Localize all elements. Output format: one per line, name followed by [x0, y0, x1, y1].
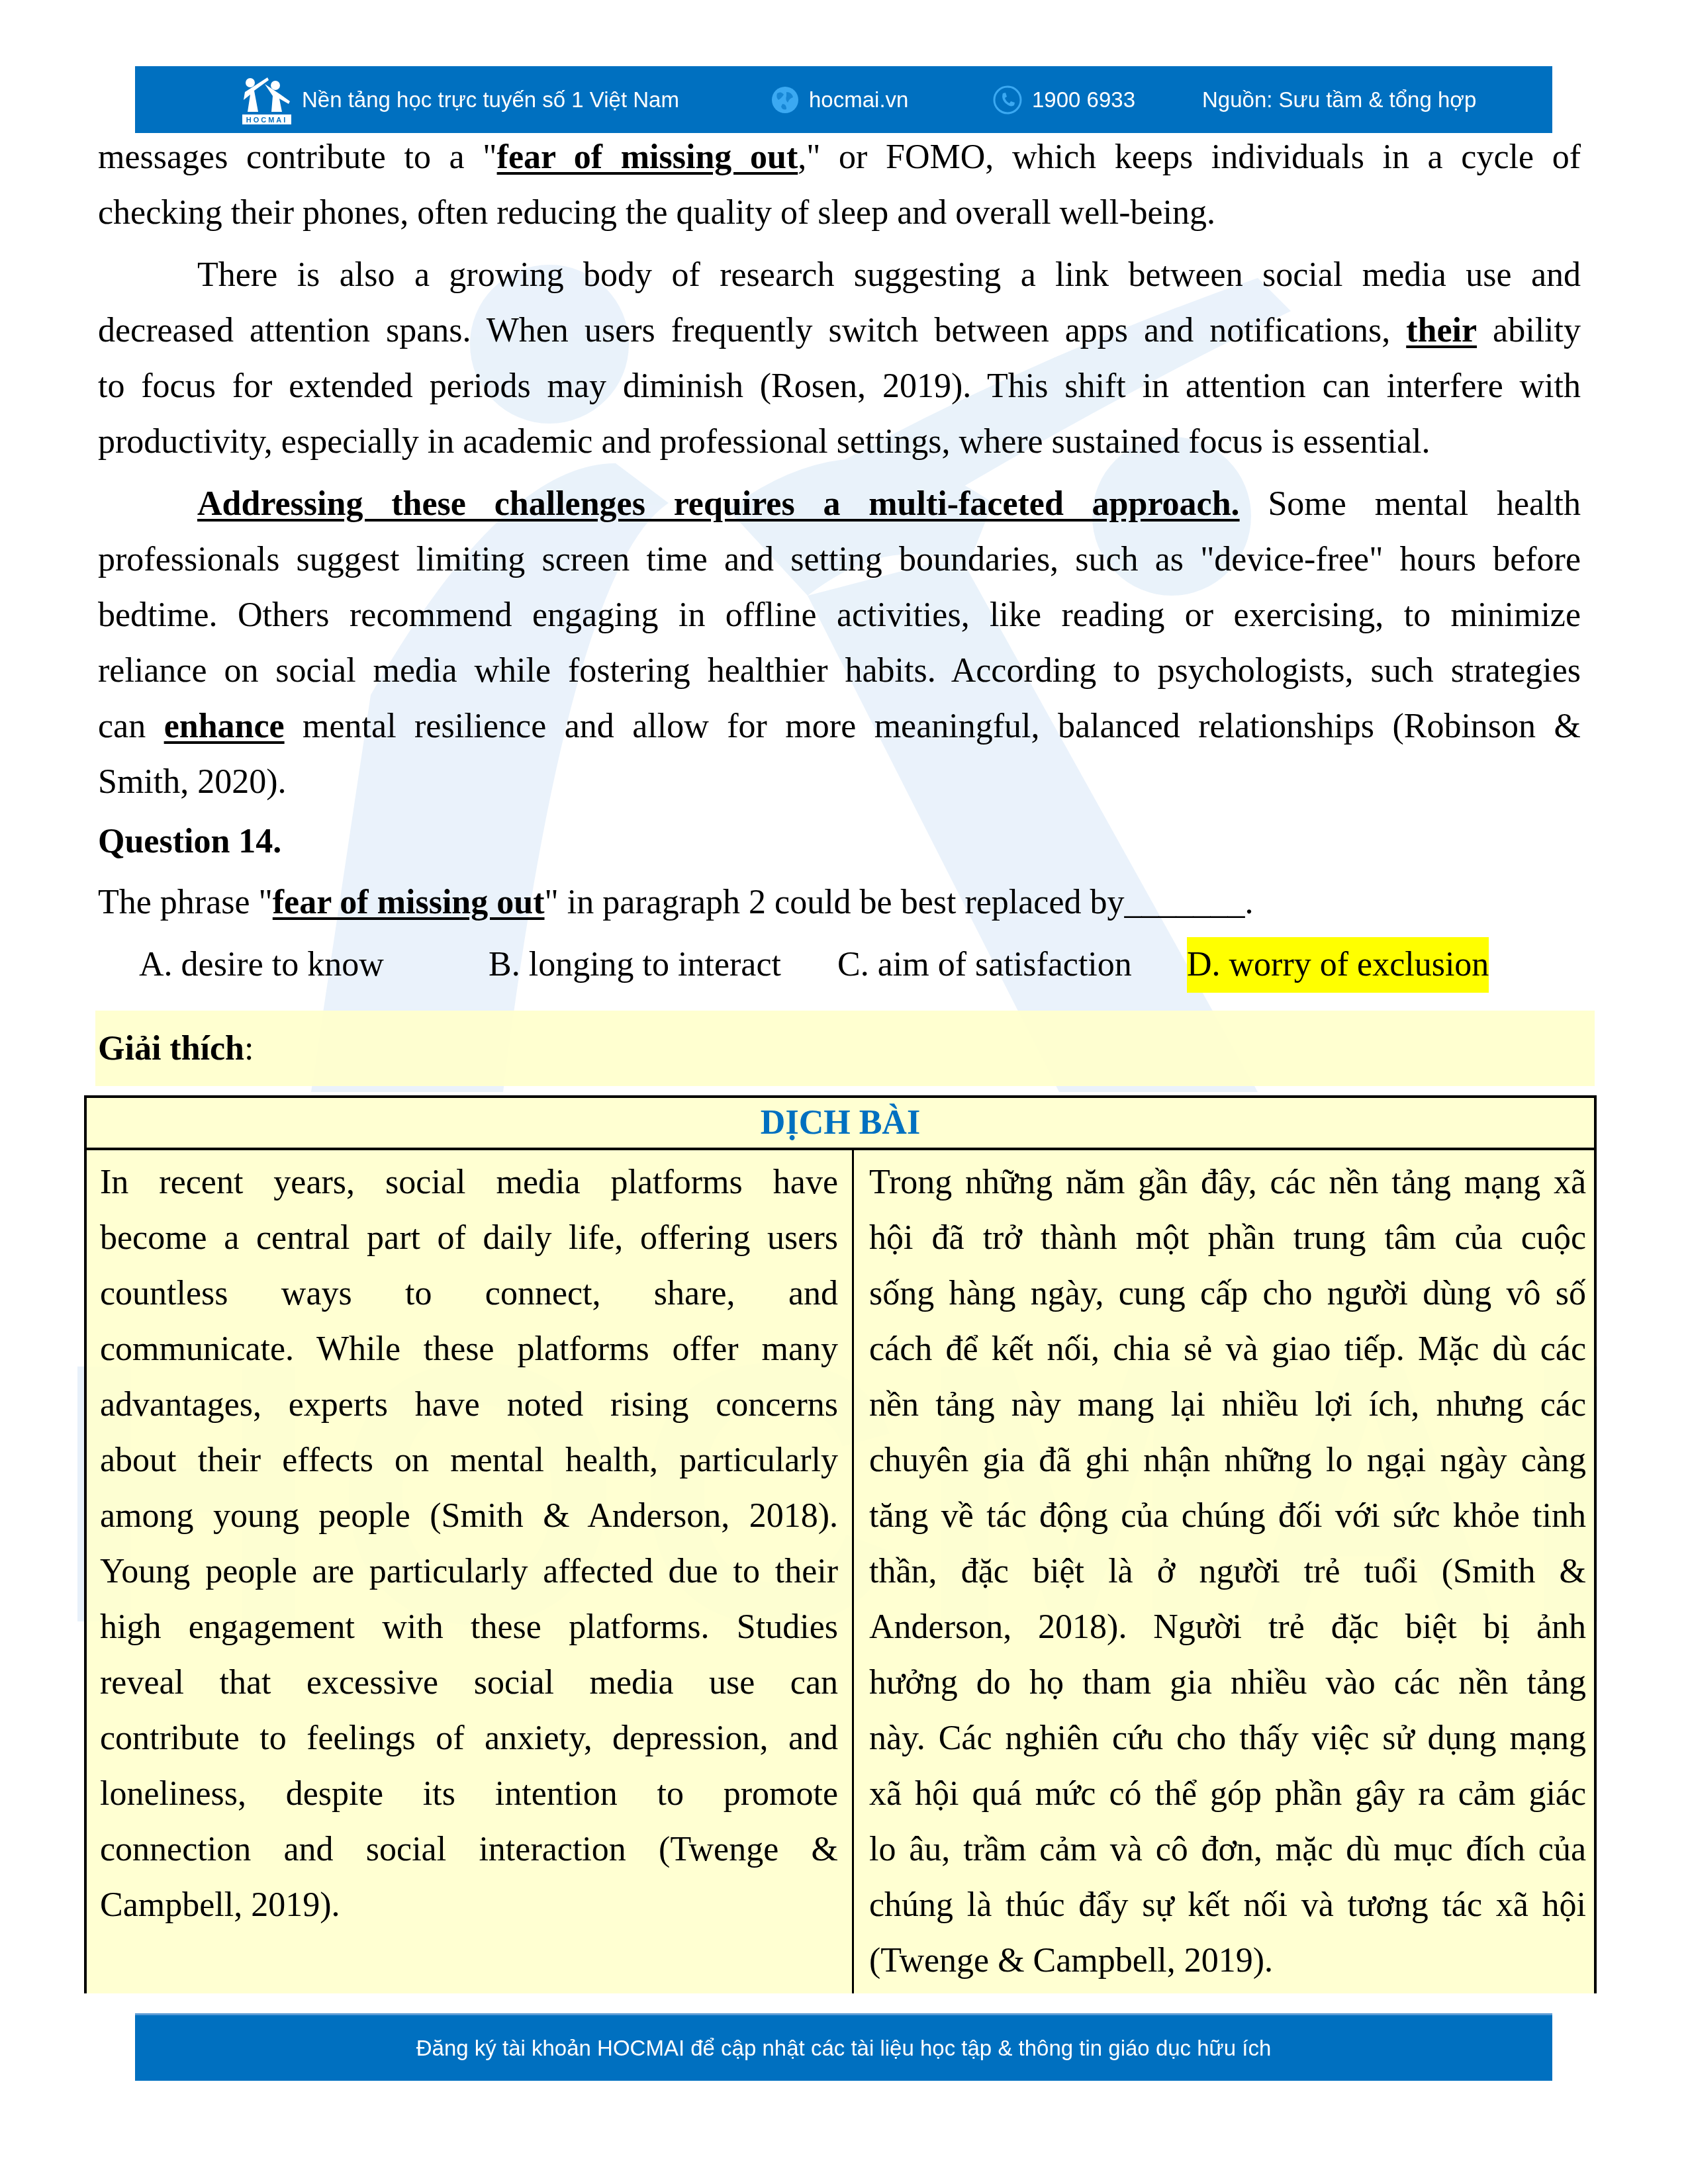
table-line: among young people (Smith & Anderson, 20… — [100, 1488, 838, 1544]
passage-line: Addressing these challenges requires a m… — [98, 477, 1581, 532]
table-line: hưởng do họ tham gia nhiều vào các nền t… — [869, 1655, 1586, 1711]
answer-options: A. desire to know B. longing to interact… — [98, 937, 1581, 993]
option-c[interactable]: C. aim of satisfaction — [837, 937, 1132, 993]
svg-text:HOCMAI: HOCMAI — [246, 116, 288, 124]
table-line: lo âu, trầm cảm và cô đơn, mặc dù mục đí… — [869, 1822, 1586, 1878]
table-line: chuyên gia đã ghi nhận những lo ngại ngà… — [869, 1433, 1586, 1488]
header-banner: HOCMAI Nền tảng học trực tuyến số 1 Việt… — [135, 66, 1552, 133]
header-phone[interactable]: 1900 6933 — [992, 66, 1135, 133]
table-line: high engagement with these platforms. St… — [100, 1600, 838, 1655]
passage-line: bedtime. Others recommend engaging in of… — [98, 588, 1581, 643]
table-line: In recent years, social media platforms … — [100, 1155, 838, 1210]
table-line: hội đã trở thành một phần trung tâm của … — [869, 1210, 1586, 1266]
passage-line: productivity, especially in academic and… — [98, 414, 1581, 470]
footer-text[interactable]: Đăng ký tài khoản HOCMAI để cập nhật các… — [135, 2015, 1552, 2081]
table-line: become a central part of daily life, off… — [100, 1210, 838, 1266]
passage-line: Smith, 2020). — [98, 754, 1581, 810]
table-line: contribute to feelings of anxiety, depre… — [100, 1711, 838, 1766]
table-line: nền tảng này mang lại nhiều lợi ích, như… — [869, 1377, 1586, 1433]
option-b[interactable]: B. longing to interact — [489, 937, 781, 993]
table-line: connection and social interaction (Tweng… — [100, 1822, 838, 1878]
table-line: sống hàng ngày, cung cấp cho người dùng … — [869, 1266, 1586, 1322]
header-source: Nguồn: Sưu tầm & tổng hợp — [1202, 66, 1476, 133]
footer-banner: Đăng ký tài khoản HOCMAI để cập nhật các… — [135, 2013, 1552, 2081]
explanation-band — [95, 1011, 1595, 1086]
table-line: cách để kết nối, chia sẻ và giao tiếp. M… — [869, 1322, 1586, 1377]
explanation-label: Giải thích: — [98, 1021, 254, 1077]
hocmai-logo-icon: HOCMAI — [241, 75, 293, 125]
table-line: about their effects on mental health, pa… — [100, 1433, 838, 1488]
website-link[interactable]: hocmai.vn — [809, 87, 908, 113]
underlined-phrase-fomo: fear of missing out — [497, 138, 798, 176]
passage-line: messages contribute to a "fear of missin… — [98, 130, 1581, 185]
column-divider — [852, 1148, 854, 1993]
table-line: Anderson, 2018). Người trẻ đặc biệt bị ả… — [869, 1600, 1586, 1655]
passage-line: checking their phones, often reducing th… — [98, 185, 1581, 241]
passage-line: professionals suggest limiting screen ti… — [98, 532, 1581, 588]
underlined-sentence-addressing: Addressing these challenges requires a m… — [197, 485, 1240, 523]
passage-line: can enhance mental resilience and allow … — [98, 699, 1581, 754]
table-line: thần, đặc biệt là ở người trẻ tuổi (Smit… — [869, 1544, 1586, 1600]
table-line: chúng là thúc đẩy sự kết nối và tương tá… — [869, 1878, 1586, 1933]
globe-icon — [771, 85, 800, 114]
passage-line: decreased attention spans. When users fr… — [98, 303, 1581, 359]
phone-number[interactable]: 1900 6933 — [1032, 87, 1135, 113]
table-line: Trong những năm gần đây, các nền tảng mạ… — [869, 1155, 1586, 1210]
table-line: reveal that excessive social media use c… — [100, 1655, 838, 1711]
header-tagline: HOCMAI Nền tảng học trực tuyến số 1 Việt… — [241, 66, 679, 133]
translation-table: DỊCH BÀI In recent years, social media p… — [84, 1095, 1597, 1993]
underlined-word-enhance: enhance — [164, 707, 285, 745]
passage-line: reliance on social media while fostering… — [98, 643, 1581, 699]
underlined-word-their: their — [1406, 312, 1477, 349]
question-title: Question 14. — [98, 814, 1581, 870]
table-line: Campbell, 2019). — [100, 1878, 838, 1933]
table-line: này. Các nghiên cứu cho thấy việc sử dụn… — [869, 1711, 1586, 1766]
table-line: (Twenge & Campbell, 2019). — [869, 1933, 1586, 1989]
phone-icon — [992, 85, 1023, 115]
question-phrase: fear of missing out — [273, 884, 545, 921]
option-d-correct[interactable]: D. worry of exclusion — [1187, 937, 1489, 993]
table-line: advantages, experts have noted rising co… — [100, 1377, 838, 1433]
table-line: tăng về tác động của chúng đối với sức k… — [869, 1488, 1586, 1544]
passage-line: There is also a growing body of research… — [98, 248, 1581, 303]
header-website[interactable]: hocmai.vn — [771, 66, 908, 133]
question-stem: The phrase "fear of missing out" in para… — [98, 875, 1581, 931]
table-line: countless ways to connect, share, and — [100, 1266, 838, 1322]
passage-line: to focus for extended periods may dimini… — [98, 359, 1581, 414]
table-line: Young people are particularly affected d… — [100, 1544, 838, 1600]
table-line: loneliness, despite its intention to pro… — [100, 1766, 838, 1822]
option-a[interactable]: A. desire to know — [139, 937, 384, 993]
translation-heading: DỊCH BÀI — [87, 1098, 1594, 1150]
table-line: xã hội quá mức có thể góp phần gây ra cả… — [869, 1766, 1586, 1822]
table-line: communicate. While these platforms offer… — [100, 1322, 838, 1377]
tagline-text: Nền tảng học trực tuyến số 1 Việt Nam — [302, 87, 679, 113]
source-text: Nguồn: Sưu tầm & tổng hợp — [1202, 87, 1476, 113]
